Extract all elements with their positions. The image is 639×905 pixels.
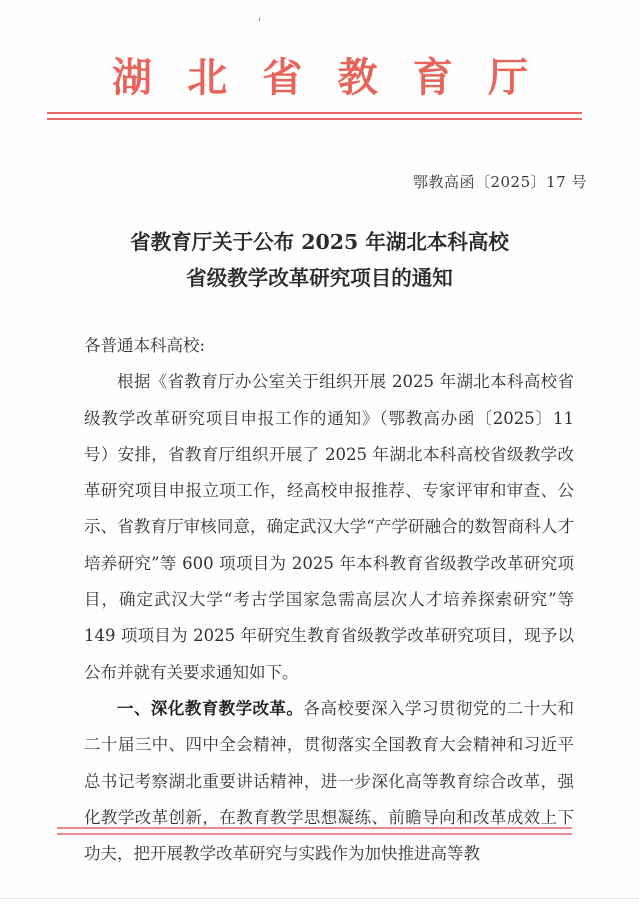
salutation: 各普通本科高校:	[84, 328, 574, 364]
document-title: 省教育厅关于公布 2025 年湖北本科高校 省级教学改革研究项目的通知	[0, 224, 639, 296]
document-title-line-2: 省级教学改革研究项目的通知	[0, 260, 639, 296]
masthead-char: 育	[413, 58, 453, 98]
masthead-char: 湖	[112, 58, 152, 98]
masthead-rule-lower	[47, 118, 582, 120]
document-page: 湖 北 省 教 育 厅 鄂教高函〔2025〕17 号 省教育厅关于公布 2025…	[0, 0, 639, 905]
masthead-title: 湖 北 省 教 育 厅	[90, 52, 550, 104]
masthead-char: 教	[338, 58, 378, 98]
document-number: 鄂教高函〔2025〕17 号	[413, 171, 587, 192]
masthead-rule-upper	[47, 112, 582, 114]
section-heading: 一、深化教育教学改革。	[117, 699, 303, 718]
masthead-char: 省	[262, 58, 302, 98]
masthead-char: 厅	[488, 58, 528, 98]
footer-rule-upper	[57, 827, 572, 829]
paragraph-intro: 根据《省教育厅办公室关于组织开展 2025 年湖北本科高校省级教学改革研究项目申…	[84, 364, 574, 691]
masthead-char: 北	[187, 58, 227, 98]
page-edge-divider	[0, 898, 639, 899]
scan-mark	[259, 17, 260, 21]
paragraph-section-1: 一、深化教育教学改革。各高校要深入学习贯彻党的二十大和二十届三中、四中全会精神，…	[84, 691, 574, 872]
paragraph-text: 各高校要深入学习贯彻党的二十大和二十届三中、四中全会精神，贯彻落实全国教育大会精…	[84, 699, 574, 863]
document-title-line-1: 省教育厅关于公布 2025 年湖北本科高校	[0, 224, 639, 260]
paragraph-text: 根据《省教育厅办公室关于组织开展 2025 年湖北本科高校省级教学改革研究项目申…	[84, 372, 574, 681]
document-body: 各普通本科高校: 根据《省教育厅办公室关于组织开展 2025 年湖北本科高校省级…	[84, 328, 574, 872]
footer-rule-lower	[57, 833, 572, 835]
